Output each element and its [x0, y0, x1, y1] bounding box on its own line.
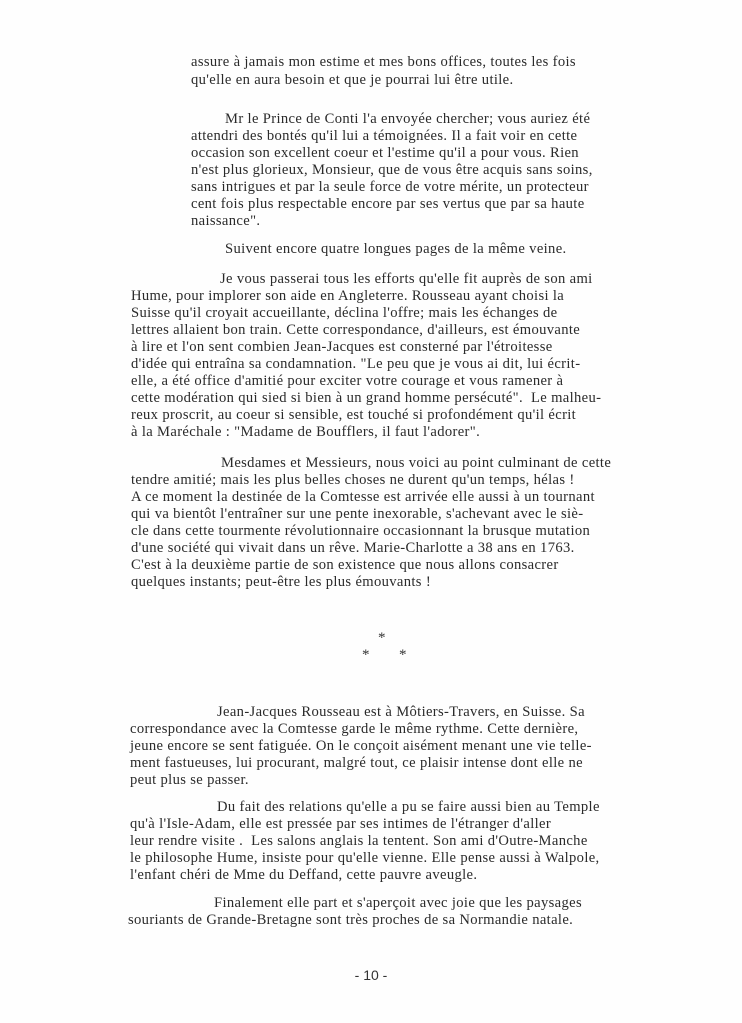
- text-line: Jean-Jacques Rousseau est à Môtiers-Trav…: [217, 704, 585, 721]
- text-line: qu'elle en aura besoin et que je pourrai…: [191, 72, 514, 89]
- text-line: Finalement elle part et s'aperçoit avec …: [214, 895, 582, 912]
- text-line: à la Maréchale : "Madame de Boufflers, i…: [131, 424, 480, 441]
- separator-star-left: *: [362, 647, 370, 664]
- text-line: qui va bientôt l'entraîner sur une pente…: [131, 506, 583, 523]
- text-line: Du fait des relations qu'elle a pu se fa…: [217, 799, 600, 816]
- text-line: sans intrigues et par la seule force de …: [191, 179, 589, 196]
- text-line: naissance".: [191, 213, 260, 230]
- text-line: Mr le Prince de Conti l'a envoyée cherch…: [225, 111, 590, 128]
- text-line: elle, a été office d'amitié pour exciter…: [131, 373, 563, 390]
- text-line: d'idée qui entraîna sa condamnation. "Le…: [131, 356, 580, 373]
- text-line: n'est plus glorieux, Monsieur, que de vo…: [191, 162, 593, 179]
- text-line: Hume, pour implorer son aide en Angleter…: [131, 288, 564, 305]
- text-line: assure à jamais mon estime et mes bons o…: [191, 54, 576, 71]
- text-line: leur rendre visite . Les salons anglais …: [130, 833, 588, 850]
- text-line: Je vous passerai tous les efforts qu'ell…: [220, 271, 593, 288]
- text-line: cle dans cette tourmente révolutionnaire…: [131, 523, 590, 540]
- text-line: d'une société qui vivait dans un rêve. M…: [131, 540, 575, 557]
- text-line: cette modération qui sied si bien à un g…: [131, 390, 601, 407]
- text-line: ment fastueuses, lui procurant, malgré t…: [130, 755, 583, 772]
- text-line: l'enfant chéri de Mme du Deffand, cette …: [130, 867, 477, 884]
- text-line: peut plus se passer.: [130, 772, 249, 789]
- text-line: quelques instants; peut-être les plus ém…: [131, 574, 431, 591]
- separator-star-right: *: [399, 647, 407, 664]
- text-line: tendre amitié; mais les plus belles chos…: [131, 472, 575, 489]
- text-line: Suivent encore quatre longues pages de l…: [225, 241, 567, 258]
- separator-star-top: *: [378, 630, 386, 647]
- text-line: A ce moment la destinée de la Comtesse e…: [131, 489, 595, 506]
- text-line: jeune encore se sent fatiguée. On le con…: [130, 738, 592, 755]
- text-line: correspondance avec la Comtesse garde le…: [130, 721, 578, 738]
- text-line: C'est à la deuxième partie de son existe…: [131, 557, 559, 574]
- text-line: occasion son excellent coeur et l'estime…: [191, 145, 579, 162]
- page-number: - 10 -: [0, 967, 742, 983]
- text-line: le philosophe Hume, insiste pour qu'elle…: [130, 850, 600, 867]
- document-page: assure à jamais mon estime et mes bons o…: [0, 0, 742, 1023]
- text-line: lettres allaient bon train. Cette corres…: [131, 322, 580, 339]
- text-line: qu'à l'Isle-Adam, elle est pressée par s…: [130, 816, 551, 833]
- text-line: Mesdames et Messieurs, nous voici au poi…: [221, 455, 611, 472]
- text-line: reux proscrit, au coeur si sensible, est…: [131, 407, 576, 424]
- text-line: cent fois plus respectable encore par se…: [191, 196, 585, 213]
- text-line: souriants de Grande-Bretagne sont très p…: [128, 912, 573, 929]
- text-line: attendri des bontés qu'il lui a témoigné…: [191, 128, 577, 145]
- text-line: à lire et l'on sent combien Jean-Jacques…: [131, 339, 553, 356]
- text-line: Suisse qu'il croyait accueillante, décli…: [131, 305, 558, 322]
